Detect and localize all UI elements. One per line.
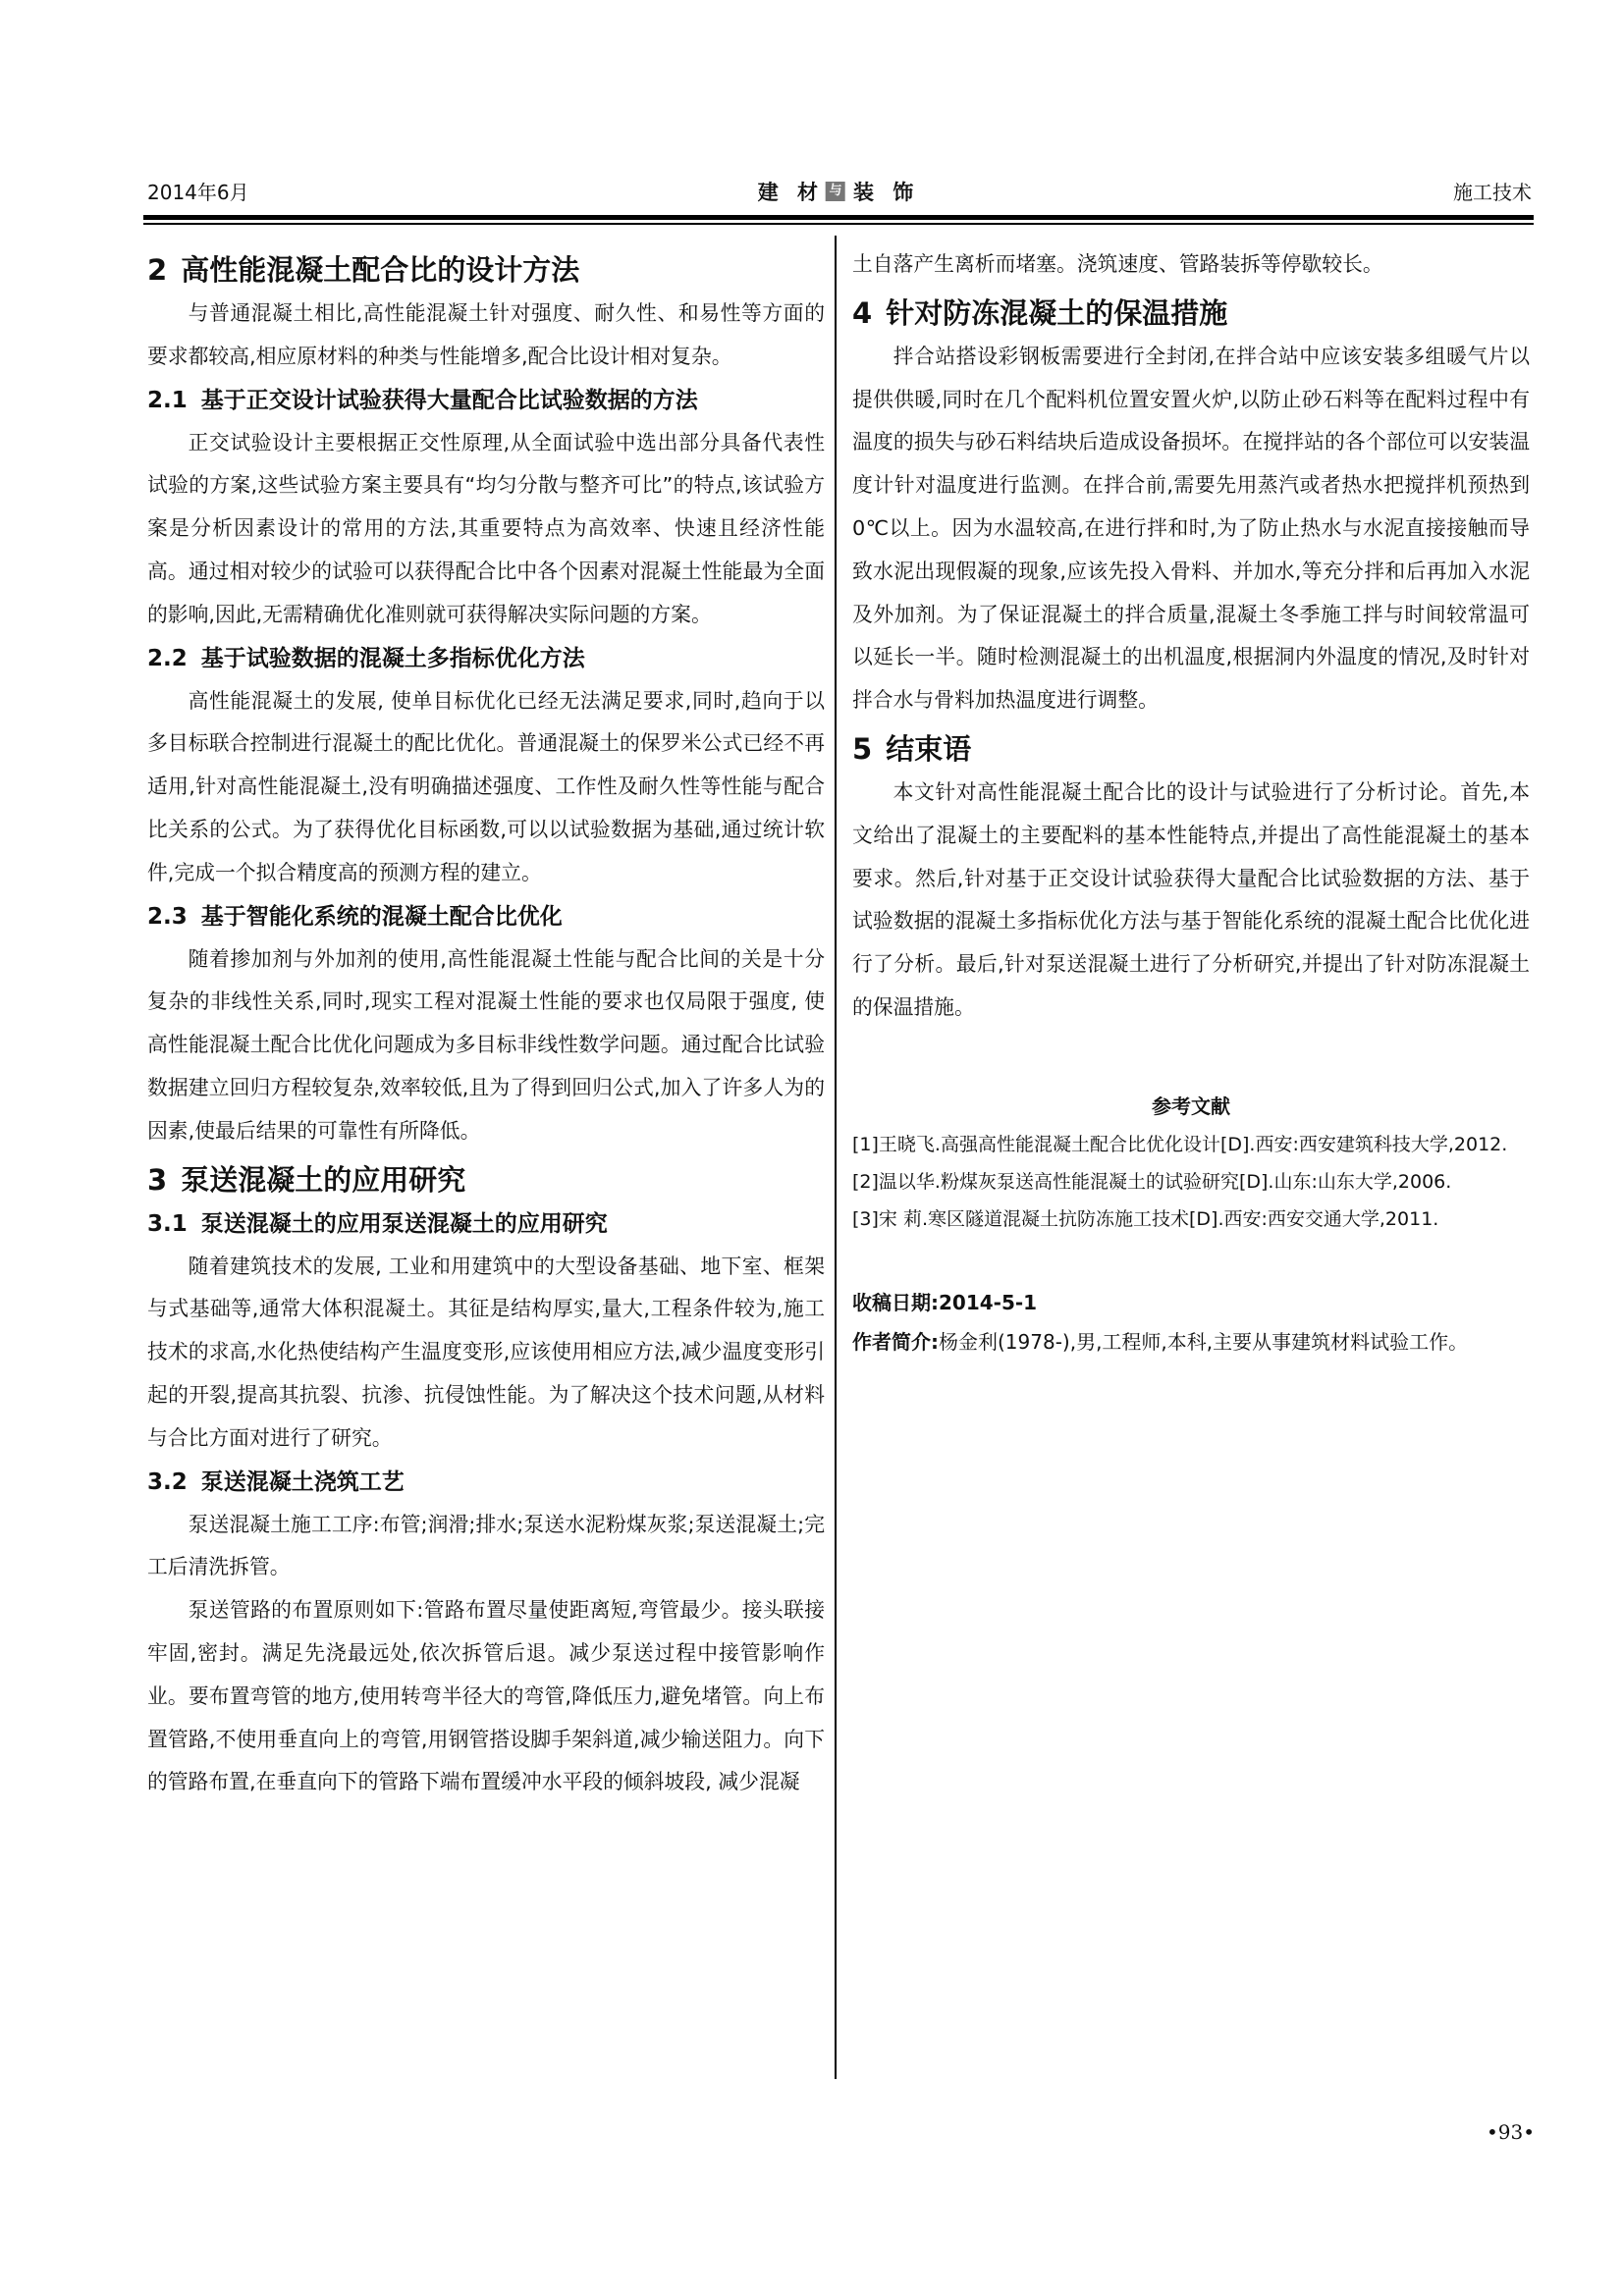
subsection-heading-2-3: 2.3基于智能化系统的混凝土配合比优化 <box>147 895 825 938</box>
reference-item: [1]王晓飞.高强高性能混凝土配合比优化设计[D].西安:西安建筑科技大学,20… <box>852 1126 1530 1163</box>
issue-date: 2014年6月 <box>147 177 249 205</box>
subsection-heading-3-2: 3.2泵送混凝土浇筑工艺 <box>147 1461 825 1504</box>
paragraph: 泵送混凝土施工工序:布管;润滑;排水;泵送水泥粉煤灰浆;泵送混凝土;完工后清洗拆… <box>147 1504 825 1590</box>
section-heading-5: 5结束语 <box>852 726 1530 772</box>
references-heading: 参考文献 <box>852 1087 1530 1126</box>
journal-title: 建 材 与 装 饰 <box>758 177 920 206</box>
paragraph: 泵送管路的布置原则如下:管路布置尽量使距离短,弯管最少。接头联接牢固,密封。满足… <box>147 1589 825 1804</box>
paragraph: 随着建筑技术的发展, 工业和用建筑中的大型设备基础、地下室、框架与式基础等,通常… <box>147 1246 825 1461</box>
author-bio: 作者简介:杨金利(1978-),男,工程师,本科,主要从事建筑材料试验工作。 <box>852 1322 1530 1362</box>
section-heading-2: 2高性能混凝土配合比的设计方法 <box>147 247 825 293</box>
paragraph: 与普通混凝土相比,高性能混凝土针对强度、耐久性、和易性等方面的要求都较高,相应原… <box>147 293 825 379</box>
section-heading-4: 4针对防冻混凝土的保温措施 <box>852 291 1530 336</box>
section-heading-3: 3泵送混凝土的应用研究 <box>147 1157 825 1202</box>
paragraph: 正交试验设计主要根据正交性原理,从全面试验中选出部分具备代表性试验的方案,这些试… <box>147 422 825 637</box>
paragraph: 本文针对高性能混凝土配合比的设计与试验进行了分析讨论。首先,本文给出了混凝土的主… <box>852 772 1530 1030</box>
subsection-heading-2-2: 2.2基于试验数据的混凝土多指标优化方法 <box>147 637 825 680</box>
header-rule-thick <box>143 215 1534 220</box>
paragraph: 随着掺加剂与外加剂的使用,高性能混凝土性能与配合比间的关是十分复杂的非线性关系,… <box>147 938 825 1153</box>
reference-item: [3]宋 莉.寒区隧道混凝土抗防冻施工技术[D].西安:西安交通大学,2011. <box>852 1201 1530 1238</box>
page-number: •93• <box>1487 2120 1535 2144</box>
received-date: 收稿日期:2014-5-1 <box>852 1283 1530 1322</box>
subsection-heading-3-1: 3.1泵送混凝土的应用泵送混凝土的应用研究 <box>147 1202 825 1246</box>
right-column: 土自落产生离析而堵塞。浇筑速度、管路装拆等停歇较长。 4针对防冻混凝土的保温措施… <box>852 243 1530 1362</box>
paragraph-continued: 土自落产生离析而堵塞。浇筑速度、管路装拆等停歇较长。 <box>852 243 1530 287</box>
reference-item: [2]温以华.粉煤灰泵送高性能混凝土的试验研究[D].山东:山东大学,2006. <box>852 1163 1530 1201</box>
paragraph: 拌合站搭设彩钢板需要进行全封闭,在拌合站中应该安装多组暖气片以提供供暖,同时在几… <box>852 336 1530 722</box>
journal-title-part2: 装 饰 <box>853 177 919 206</box>
subsection-heading-2-1: 2.1基于正交设计试验获得大量配合比试验数据的方法 <box>147 379 825 422</box>
journal-logo-icon: 与 <box>826 182 845 201</box>
header-rule-thin <box>143 223 1534 225</box>
section-name: 施工技术 <box>1453 177 1532 205</box>
journal-title-part1: 建 材 <box>758 177 824 206</box>
column-divider <box>835 236 837 2079</box>
left-column: 2高性能混凝土配合比的设计方法 与普通混凝土相比,高性能混凝土针对强度、耐久性、… <box>147 243 825 1804</box>
paragraph: 高性能混凝土的发展, 使单目标优化已经无法满足要求,同时,趋向于以多目标联合控制… <box>147 680 825 895</box>
